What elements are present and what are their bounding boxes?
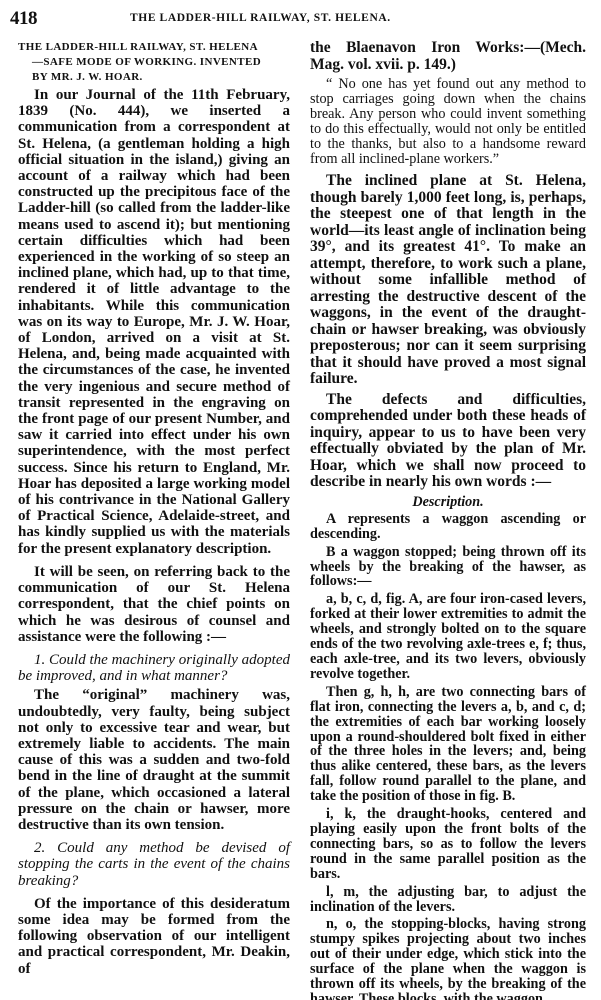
paragraph-inclined-plane: The inclined plane at St. Helena, though… — [310, 173, 586, 388]
paragraph-desideratum: Of the importance of this desideratum so… — [18, 896, 290, 977]
heading-line-1: THE LADDER-HILL RAILWAY, ST. HELENA — [18, 41, 258, 53]
paragraph-blaenavon: the Blaenavon Iron Works:—(Mech. Mag. vo… — [310, 40, 586, 73]
right-column: the Blaenavon Iron Works:—(Mech. Mag. vo… — [310, 40, 586, 1000]
description-draught-hooks: i, k, the draught-hooks, centered and pl… — [310, 807, 586, 882]
paragraph-intro: In our Journal of the 11th February, 183… — [18, 87, 290, 557]
description-heading: Description. — [310, 495, 586, 510]
paragraph-original-machinery: The “original” machinery was, undoubtedl… — [18, 687, 290, 833]
paragraph-chief-points: It will be seen, on referring back to th… — [18, 564, 290, 645]
heading-line-2: —SAFE MODE OF WORKING. INVENTED — [18, 55, 290, 70]
description-connecting-bars: Then g, h, h, are two connecting bars of… — [310, 685, 586, 804]
question-1: 1. Could the machinery originally adopte… — [18, 652, 290, 684]
heading-line-3: BY MR. J. W. HOAR. — [18, 70, 290, 85]
quote-deakin: “ No one has yet found out any method to… — [310, 77, 586, 166]
left-column: THE LADDER-HILL RAILWAY, ST. HELENA —SAF… — [18, 40, 290, 977]
running-head: 418 THE LADDER-HILL RAILWAY, ST. HELENA. — [10, 8, 593, 30]
description-stopping-blocks: n, o, the stopping-blocks, having strong… — [310, 917, 586, 1000]
description-a: A represents a waggon ascending or desce… — [310, 512, 586, 542]
page-number: 418 — [10, 8, 37, 30]
question-2: 2. Could any method be devised of stoppi… — [18, 840, 290, 889]
description-adjusting-bar: l, m, the adjusting bar, to adjust the i… — [310, 885, 586, 915]
article-heading: THE LADDER-HILL RAILWAY, ST. HELENA —SAF… — [18, 40, 290, 85]
description-levers: a, b, c, d, fig. A, are four iron-cased … — [310, 592, 586, 681]
paragraph-defects: The defects and difficulties, comprehend… — [310, 392, 586, 491]
document-page: 418 THE LADDER-HILL RAILWAY, ST. HELENA.… — [0, 0, 601, 1000]
description-b: B a waggon stopped; being thrown off its… — [310, 545, 586, 590]
running-title: THE LADDER-HILL RAILWAY, ST. HELENA. — [130, 12, 391, 24]
